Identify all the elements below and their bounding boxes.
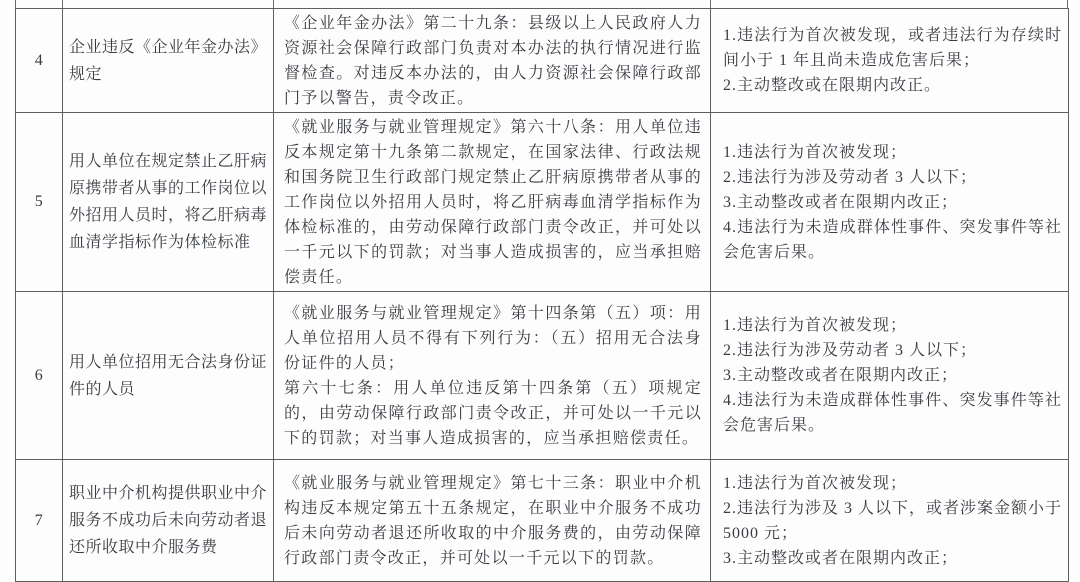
table-row-6: 6 用人单位招用无合法身份证件的人员 《就业服务与就业管理规定》第十四条第（五）…	[16, 292, 1069, 460]
penalty-discretion-table: 4 企业违反《企业年金办法》规定 《企业年金办法》第二十九条：县级以上人民政府人…	[15, 8, 1069, 582]
column-border-stub	[62, 0, 63, 8]
legal-basis-cell: 《就业服务与就业管理规定》第十四条第（五）项：用人单位招用人员不得有下列行为：（…	[274, 292, 711, 460]
conditions-cell: 1.违法行为首次被发现； 2.违法行为涉及劳动者 3 人以下； 3.主动整改或者…	[711, 113, 1069, 292]
legal-basis-cell: 《就业服务与就业管理规定》第六十八条：用人单位违反本规定第十九条第二款规定，在国…	[274, 113, 711, 292]
legal-basis-cell: 《就业服务与就业管理规定》第七十三条：职业中介机构违反本规定第五十五条规定，在职…	[274, 460, 711, 582]
conditions-cell: 1.违法行为首次被发现； 2.违法行为涉及劳动者 3 人以下； 3.主动整改或者…	[711, 292, 1069, 460]
conditions-cell: 1.违法行为首次被发现，或者违法行为存续时间小于 1 年且尚未造成危害后果； 2…	[711, 9, 1069, 113]
violation-cell: 企业违反《企业年金办法》规定	[63, 9, 274, 113]
row-index-cell: 4	[16, 9, 63, 113]
legal-basis-cell: 《企业年金办法》第二十九条：县级以上人民政府人力资源社会保障行政部门负责对本办法…	[274, 9, 711, 113]
table-row-7: 7 职业中介机构提供职业中介服务不成功后未向劳动者退还所收取中介服务费 《就业服…	[16, 460, 1069, 582]
regulation-table-wrap: 4 企业违反《企业年金办法》规定 《企业年金办法》第二十九条：县级以上人民政府人…	[15, 8, 1068, 582]
column-border-stub	[15, 0, 16, 8]
conditions-cell: 1.违法行为首次被发现； 2.违法行为涉及 3 人以下，或者涉案金额小于 500…	[711, 460, 1069, 582]
violation-cell: 用人单位招用无合法身份证件的人员	[63, 292, 274, 460]
violation-cell: 职业中介机构提供职业中介服务不成功后未向劳动者退还所收取中介服务费	[63, 460, 274, 582]
table-row-4: 4 企业违反《企业年金办法》规定 《企业年金办法》第二十九条：县级以上人民政府人…	[16, 9, 1069, 113]
row-index-cell: 5	[16, 113, 63, 292]
row-index-cell: 6	[16, 292, 63, 460]
column-border-stub	[1067, 0, 1068, 8]
document-page: 4 企业违反《企业年金办法》规定 《企业年金办法》第二十九条：县级以上人民政府人…	[0, 0, 1080, 582]
violation-cell: 用人单位在规定禁止乙肝病原携带者从事的工作岗位以外招用人员时，将乙肝病毒血清学指…	[63, 113, 274, 292]
row-index-cell: 7	[16, 460, 63, 582]
column-border-stub	[710, 0, 711, 8]
table-row-5: 5 用人单位在规定禁止乙肝病原携带者从事的工作岗位以外招用人员时，将乙肝病毒血清…	[16, 113, 1069, 292]
column-border-stub	[273, 0, 274, 8]
